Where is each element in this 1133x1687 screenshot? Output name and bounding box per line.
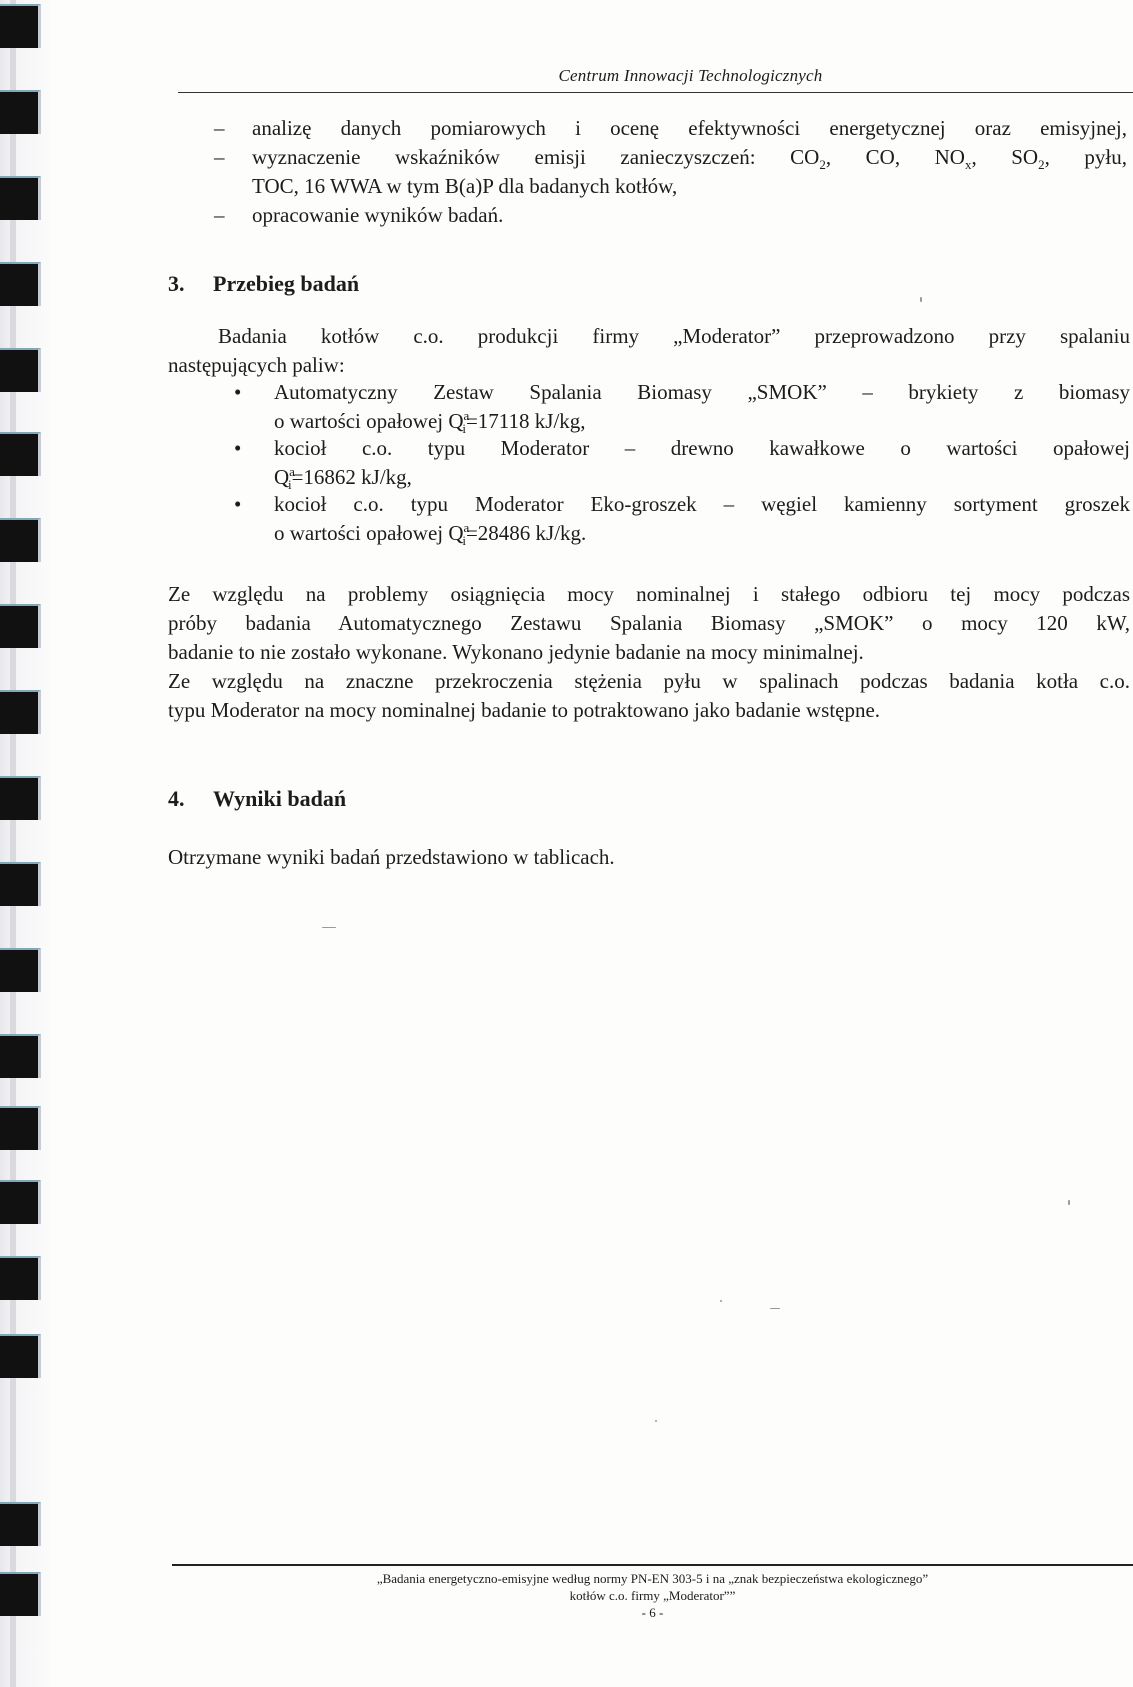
bullet-marker: • (234, 378, 241, 407)
list-item-text: wyznaczenie wskaźników emisji zanieczysz… (252, 143, 1127, 172)
binding-ring (0, 1106, 41, 1150)
scan-artifact (1068, 1200, 1070, 1205)
page-header: Centrum Innowacji Technologicznych (178, 62, 1133, 93)
list-item: – analizę danych pomiarowych i ocenę efe… (252, 114, 1127, 143)
binding-ring (0, 948, 41, 992)
binding-ring (0, 690, 41, 734)
paragraph: Ze względu na problemy osiągnięcia mocy … (168, 580, 1130, 667)
section-heading-3: 3.Przebieg badań (168, 271, 359, 297)
paragraph: Ze względu na znaczne przekroczenia stęż… (168, 667, 1130, 725)
list-item: • kocioł c.o. typu Moderator – drewno ka… (274, 434, 1130, 492)
binding-ring (0, 604, 41, 648)
binding-ring (0, 1334, 41, 1378)
section-title: Wyniki badań (213, 786, 346, 811)
scan-artifact (720, 1300, 722, 1302)
section-number: 4. (168, 786, 213, 812)
list-item-text-continued: TOC, 16 WWA w tym B(a)P dla badanych kot… (252, 172, 1127, 201)
scan-artifact (655, 1420, 657, 1422)
binding-ring (0, 90, 41, 134)
paragraph: Badania kotłów c.o. produkcji firmy „Mod… (168, 322, 1130, 380)
list-item: • Automatyczny Zestaw Spalania Biomasy „… (274, 378, 1130, 436)
page-number: - 6 - (172, 1604, 1133, 1621)
binding-spine (10, 0, 16, 1687)
section-heading-4: 4.Wyniki badań (168, 786, 346, 812)
scan-artifact (770, 1308, 780, 1309)
binding-ring (0, 1180, 41, 1224)
footer-title: „Badania energetyczno-emisyjne według no… (172, 1570, 1133, 1587)
list-item-text: opracowanie wyników badań. (252, 203, 503, 227)
binding-ring (0, 518, 41, 562)
page-footer: „Badania energetyczno-emisyjne według no… (172, 1570, 1133, 1621)
scan-artifact (322, 927, 336, 928)
binding-ring (0, 1572, 41, 1616)
binding-ring (0, 776, 41, 820)
bullet-marker: • (234, 434, 241, 463)
binding-ring (0, 1256, 41, 1300)
list-item: – wyznaczenie wskaźników emisji zanieczy… (252, 143, 1127, 201)
binding-ring (0, 176, 41, 220)
header-title: Centrum Innowacji Technologicznych (178, 66, 1133, 86)
list-item-text: analizę danych pomiarowych i ocenę efekt… (252, 114, 1127, 143)
list-item: – opracowanie wyników badań. (252, 201, 1127, 230)
footer-subtitle: kotłów c.o. firmy „Moderator”” (172, 1587, 1133, 1604)
binding-ring (0, 1034, 41, 1078)
binding-ring (0, 262, 41, 306)
list-item: • kocioł c.o. typu Moderator Eko-groszek… (274, 490, 1130, 548)
footer-rule (172, 1564, 1133, 1566)
bullet-marker: • (234, 490, 241, 519)
section-title: Przebieg badań (213, 271, 359, 296)
section-number: 3. (168, 271, 213, 297)
spiral-binding (0, 0, 50, 1687)
dash-marker: – (214, 201, 225, 230)
dash-marker: – (214, 114, 225, 143)
binding-ring (0, 1502, 41, 1546)
binding-ring (0, 862, 41, 906)
binding-ring (0, 348, 41, 392)
dash-marker: – (214, 143, 225, 172)
binding-ring (0, 4, 41, 48)
scan-artifact (920, 297, 922, 302)
binding-ring (0, 432, 41, 476)
paragraph: Otrzymane wyniki badań przedstawiono w t… (168, 843, 1118, 872)
